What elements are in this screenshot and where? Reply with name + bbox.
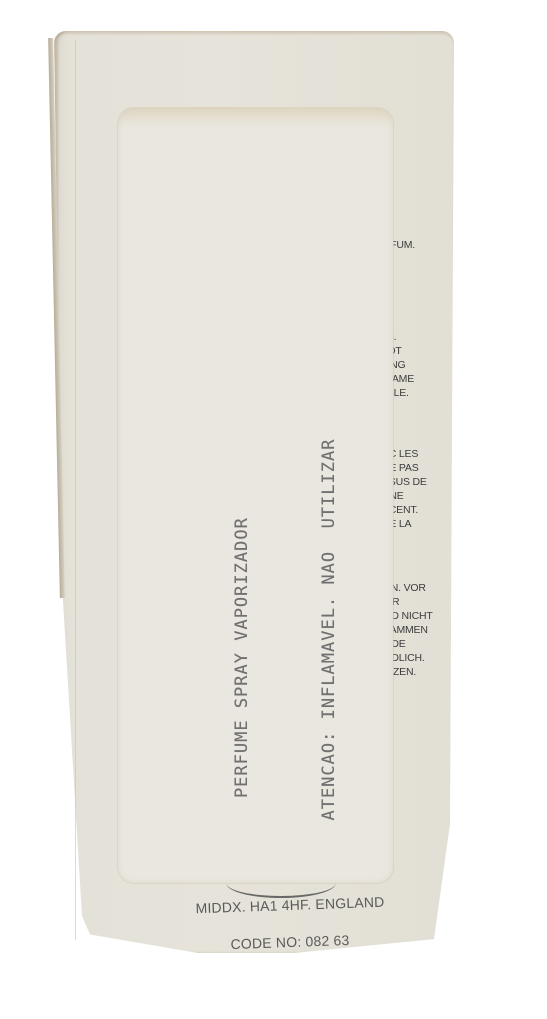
printed-line: NE PAS	[382, 461, 472, 475]
printed-line: UNE	[382, 489, 472, 503]
printed-line: NDE	[384, 637, 474, 651]
printed-line	[380, 252, 470, 266]
portuguese-sticker-label: PERFUME SPRAY VAPORIZADOR ATENCAO: INFLA…	[118, 108, 393, 883]
printed-line: LAMMEN	[384, 623, 474, 637]
printed-line: FLAME	[380, 372, 470, 386]
printed-line: SCENT.	[382, 503, 472, 517]
printed-line: NDLICH.	[384, 651, 474, 665]
printed-line: EN. VOR	[384, 581, 474, 595]
printed-line: ITZEN.	[384, 665, 474, 679]
printed-text-french: EC LES NE PAS SSUS DE UNE SCENT. DE LA	[382, 447, 472, 531]
sticker-stain	[118, 108, 393, 128]
logo-arc-icon	[226, 868, 336, 898]
sticker-line: PERFUME SPRAY VAPORIZADOR	[228, 427, 257, 843]
printed-line: ABLE.	[380, 386, 470, 400]
printed-line: DE LA	[382, 517, 472, 531]
box-fold-line	[75, 40, 76, 940]
printed-line: N.	[380, 400, 470, 414]
printed-line: .RFUM.	[380, 238, 470, 252]
printed-line: NOT	[380, 344, 470, 358]
printed-text-english-top: ;E. .RFUM. )	[380, 224, 470, 280]
printed-line: )	[380, 266, 470, 280]
printed-line: ;E.	[380, 224, 470, 238]
printed-text-english-warning: ES. NOT DING FLAME ABLE. N.	[380, 330, 470, 414]
printed-line: SSUS DE	[382, 475, 472, 489]
printed-line: DING	[380, 358, 470, 372]
printed-line: EC LES	[382, 447, 472, 461]
printed-line: OR	[384, 595, 474, 609]
printed-line: ND NICHT	[384, 609, 474, 623]
sticker-text-rotated: PERFUME SPRAY VAPORIZADOR ATENCAO: INFLA…	[170, 427, 393, 843]
printed-line: ES.	[380, 330, 470, 344]
sticker-line: ATENCAO: INFLAMAVEL. NAO UTILIZAR	[315, 427, 344, 843]
printed-text-german: EN. VOR OR ND NICHT LAMMEN NDE NDLICH. I…	[384, 581, 474, 679]
